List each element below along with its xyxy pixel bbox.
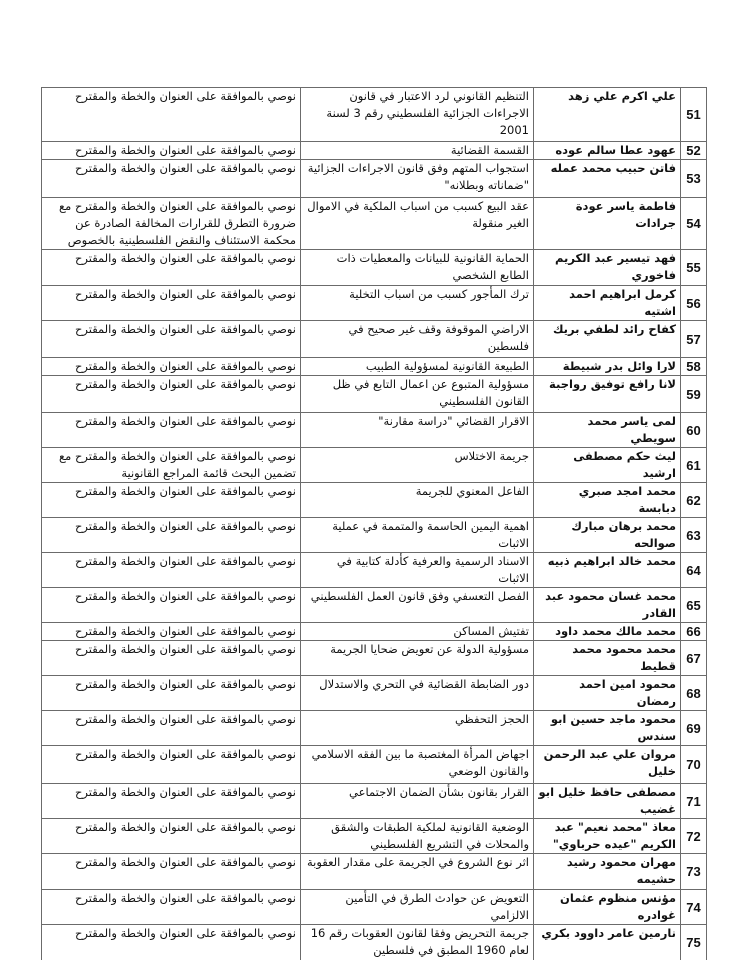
row-number: 53 <box>681 160 707 198</box>
student-name: مؤنس منظوم عثمان غوادره <box>534 890 681 925</box>
thesis-title: اجهاض المرأة المغتصبة ما بين الفقه الاسل… <box>301 746 534 784</box>
row-number: 75 <box>681 925 707 960</box>
student-name: محمد خالد ابراهيم ذبيه <box>534 553 681 588</box>
table-body: 51 علي اكرم علي زهد التنظيم القانوني لرد… <box>42 88 707 960</box>
table-row: 56 كرمل ابراهيم احمد اشتيه ترك المأجور ك… <box>42 286 707 321</box>
thesis-title: القرار بقانون بشأن الضمان الاجتماعي <box>301 784 534 819</box>
recommendation: نوصي بالموافقة على العنوان والخطة والمقت… <box>42 142 301 160</box>
thesis-title: الطبيعة القانونية لمسؤولية الطبيب <box>301 358 534 376</box>
table-row: 64 محمد خالد ابراهيم ذبيه الاسناد الرسمي… <box>42 553 707 588</box>
thesis-title: الاراضي الموقوفة وقف غير صحيح في فلسطين <box>301 321 534 358</box>
student-name: علي اكرم علي زهد <box>534 88 681 142</box>
recommendation: نوصي بالموافقة على العنوان والخطة والمقت… <box>42 518 301 553</box>
table-row: 55 فهد تيسير عبد الكريم فاخوري الحماية ا… <box>42 250 707 286</box>
student-name: ليث حكم مصطفى ارشيد <box>534 448 681 483</box>
thesis-title: جريمة التحريض وفقا لقانون العقوبات رقم 1… <box>301 925 534 960</box>
thesis-title: الحجز التحفظي <box>301 711 534 746</box>
row-number: 66 <box>681 623 707 641</box>
student-name: فاطمة ياسر عودة جرادات <box>534 198 681 250</box>
recommendation: نوصي بالموافقة على العنوان والخطة والمقت… <box>42 641 301 676</box>
thesis-title: استجواب المتهم وفق قانون الاجراءات الجزا… <box>301 160 534 198</box>
table-row: 70 مروان علي عبد الرحمن خليل اجهاض المرأ… <box>42 746 707 784</box>
recommendation: نوصي بالموافقة على العنوان والخطة والمقت… <box>42 483 301 518</box>
student-name: محمد محمود محمد قطيط <box>534 641 681 676</box>
row-number: 73 <box>681 854 707 890</box>
recommendation: نوصي بالموافقة على العنوان والخطة والمقت… <box>42 286 301 321</box>
recommendation: نوصي بالموافقة على العنوان والخطة والمقت… <box>42 321 301 358</box>
row-number: 57 <box>681 321 707 358</box>
table-row: 57 كفاح رائد لطفي بريك الاراضي الموقوفة … <box>42 321 707 358</box>
thesis-title: عقد البيع كسبب من اسباب الملكية في الامو… <box>301 198 534 250</box>
row-number: 58 <box>681 358 707 376</box>
row-number: 59 <box>681 376 707 413</box>
student-name: نارمين عامر داوود بكري <box>534 925 681 960</box>
table-row: 72 معاذ "محمد نعيم" عبد الكريم "عيده حرب… <box>42 819 707 854</box>
row-number: 67 <box>681 641 707 676</box>
thesis-title: اهمية اليمين الحاسمة والمتممة في عملية ا… <box>301 518 534 553</box>
row-number: 52 <box>681 142 707 160</box>
table-row: 74 مؤنس منظوم عثمان غوادره التعويض عن حو… <box>42 890 707 925</box>
table-row: 61 ليث حكم مصطفى ارشيد جريمة الاختلاس نو… <box>42 448 707 483</box>
thesis-title: التنظيم القانوني لرد الاعتبار في قانون ا… <box>301 88 534 142</box>
student-name: فاتن حبيب محمد عمله <box>534 160 681 198</box>
row-number: 68 <box>681 676 707 711</box>
student-name: محمد برهان مبارك صوالحه <box>534 518 681 553</box>
thesis-title: الاقرار القضائي "دراسة مقارنة" <box>301 413 534 448</box>
thesis-title: التعويض عن حوادث الطرق في التأمين الالزا… <box>301 890 534 925</box>
row-number: 55 <box>681 250 707 286</box>
recommendation: نوصي بالموافقة على العنوان والخطة والمقت… <box>42 676 301 711</box>
recommendation: نوصي بالموافقة على العنوان والخطة والمقت… <box>42 160 301 198</box>
thesis-title: اثر نوع الشروع في الجريمة على مقدار العق… <box>301 854 534 890</box>
recommendation: نوصي بالموافقة على العنوان والخطة والمقت… <box>42 925 301 960</box>
student-name: محمد امجد صبري دبابسة <box>534 483 681 518</box>
row-number: 74 <box>681 890 707 925</box>
student-name: كرمل ابراهيم احمد اشتيه <box>534 286 681 321</box>
recommendation: نوصي بالموافقة على العنوان والخطة والمقت… <box>42 413 301 448</box>
row-number: 72 <box>681 819 707 854</box>
recommendation: نوصي بالموافقة على العنوان والخطة والمقت… <box>42 854 301 890</box>
recommendation: نوصي بالموافقة على العنوان والخطة والمقت… <box>42 588 301 623</box>
table-row: 52 عهود عطا سالم عوده القسمة القضائية نو… <box>42 142 707 160</box>
recommendation: نوصي بالموافقة على العنوان والخطة والمقت… <box>42 448 301 483</box>
student-name: لمى ياسر محمد سويطي <box>534 413 681 448</box>
thesis-title: الحماية القانونية للبيانات والمعطيات ذات… <box>301 250 534 286</box>
table-row: 60 لمى ياسر محمد سويطي الاقرار القضائي "… <box>42 413 707 448</box>
row-number: 70 <box>681 746 707 784</box>
table-row: 58 لارا وائل بدر شبيطة الطبيعة القانونية… <box>42 358 707 376</box>
student-name: فهد تيسير عبد الكريم فاخوري <box>534 250 681 286</box>
recommendation: نوصي بالموافقة على العنوان والخطة والمقت… <box>42 711 301 746</box>
table-row: 71 مصطفى حافظ خليل ابو غضيب القرار بقانو… <box>42 784 707 819</box>
student-name: عهود عطا سالم عوده <box>534 142 681 160</box>
recommendation: نوصي بالموافقة على العنوان والخطة والمقت… <box>42 746 301 784</box>
row-number: 65 <box>681 588 707 623</box>
table-row: 73 مهران محمود رشيد حشيمه اثر نوع الشروع… <box>42 854 707 890</box>
recommendation: نوصي بالموافقة على العنوان والخطة والمقت… <box>42 358 301 376</box>
thesis-title: الوضعية القانونية لملكية الطبقات والشقق … <box>301 819 534 854</box>
table-row: 68 محمود امين احمد رمضان دور الضابطة الق… <box>42 676 707 711</box>
student-name: لانا رافع توفيق رواجبة <box>534 376 681 413</box>
thesis-title: الاسناد الرسمية والعرفية كأدلة كتابية في… <box>301 553 534 588</box>
row-number: 71 <box>681 784 707 819</box>
table-row: 75 نارمين عامر داوود بكري جريمة التحريض … <box>42 925 707 960</box>
thesis-title: الفصل التعسفي وفق قانون العمل الفلسطيني <box>301 588 534 623</box>
student-name: مروان علي عبد الرحمن خليل <box>534 746 681 784</box>
recommendation: نوصي بالموافقة على العنوان والخطة والمقت… <box>42 623 301 641</box>
student-name: مصطفى حافظ خليل ابو غضيب <box>534 784 681 819</box>
recommendation: نوصي بالموافقة على العنوان والخطة والمقت… <box>42 890 301 925</box>
student-name: لارا وائل بدر شبيطة <box>534 358 681 376</box>
student-name: معاذ "محمد نعيم" عبد الكريم "عيده حرباوي… <box>534 819 681 854</box>
thesis-approval-table: 51 علي اكرم علي زهد التنظيم القانوني لرد… <box>41 87 707 960</box>
row-number: 51 <box>681 88 707 142</box>
thesis-title: تفتيش المساكن <box>301 623 534 641</box>
student-name: مهران محمود رشيد حشيمه <box>534 854 681 890</box>
thesis-title: القسمة القضائية <box>301 142 534 160</box>
recommendation: نوصي بالموافقة على العنوان والخطة والمقت… <box>42 553 301 588</box>
thesis-title: الفاعل المعنوي للجريمة <box>301 483 534 518</box>
table-row: 53 فاتن حبيب محمد عمله استجواب المتهم وف… <box>42 160 707 198</box>
student-name: محمد مالك محمد داود <box>534 623 681 641</box>
student-name: كفاح رائد لطفي بريك <box>534 321 681 358</box>
table-row: 66 محمد مالك محمد داود تفتيش المساكن نوص… <box>42 623 707 641</box>
recommendation: نوصي بالموافقة على العنوان والخطة والمقت… <box>42 250 301 286</box>
table-row: 65 محمد غسان محمود عبد القادر الفصل التع… <box>42 588 707 623</box>
recommendation: نوصي بالموافقة على العنوان والخطة والمقت… <box>42 376 301 413</box>
table-row: 51 علي اكرم علي زهد التنظيم القانوني لرد… <box>42 88 707 142</box>
row-number: 56 <box>681 286 707 321</box>
row-number: 64 <box>681 553 707 588</box>
row-number: 69 <box>681 711 707 746</box>
recommendation: نوصي بالموافقة على العنوان والخطة والمقت… <box>42 198 301 250</box>
thesis-title: مسؤولية الدولة عن تعويض ضحايا الجريمة <box>301 641 534 676</box>
student-name: محمد غسان محمود عبد القادر <box>534 588 681 623</box>
table-row: 69 محمود ماجد حسين ابو سندس الحجز التحفظ… <box>42 711 707 746</box>
student-name: محمود ماجد حسين ابو سندس <box>534 711 681 746</box>
thesis-title: ترك المأجور كسبب من اسباب التخلية <box>301 286 534 321</box>
recommendation: نوصي بالموافقة على العنوان والخطة والمقت… <box>42 819 301 854</box>
table-row: 59 لانا رافع توفيق رواجبة مسؤولية المتبو… <box>42 376 707 413</box>
thesis-title: مسؤولية المتبوع عن اعمال التابع في ظل ال… <box>301 376 534 413</box>
table-row: 63 محمد برهان مبارك صوالحه اهمية اليمين … <box>42 518 707 553</box>
table-row: 67 محمد محمود محمد قطيط مسؤولية الدولة ع… <box>42 641 707 676</box>
row-number: 54 <box>681 198 707 250</box>
thesis-title: دور الضابطة القضائية في التحري والاستدلا… <box>301 676 534 711</box>
row-number: 62 <box>681 483 707 518</box>
row-number: 60 <box>681 413 707 448</box>
row-number: 61 <box>681 448 707 483</box>
table-row: 62 محمد امجد صبري دبابسة الفاعل المعنوي … <box>42 483 707 518</box>
student-name: محمود امين احمد رمضان <box>534 676 681 711</box>
thesis-title: جريمة الاختلاس <box>301 448 534 483</box>
row-number: 63 <box>681 518 707 553</box>
recommendation: نوصي بالموافقة على العنوان والخطة والمقت… <box>42 784 301 819</box>
recommendation: نوصي بالموافقة على العنوان والخطة والمقت… <box>42 88 301 142</box>
table-row: 54 فاطمة ياسر عودة جرادات عقد البيع كسبب… <box>42 198 707 250</box>
